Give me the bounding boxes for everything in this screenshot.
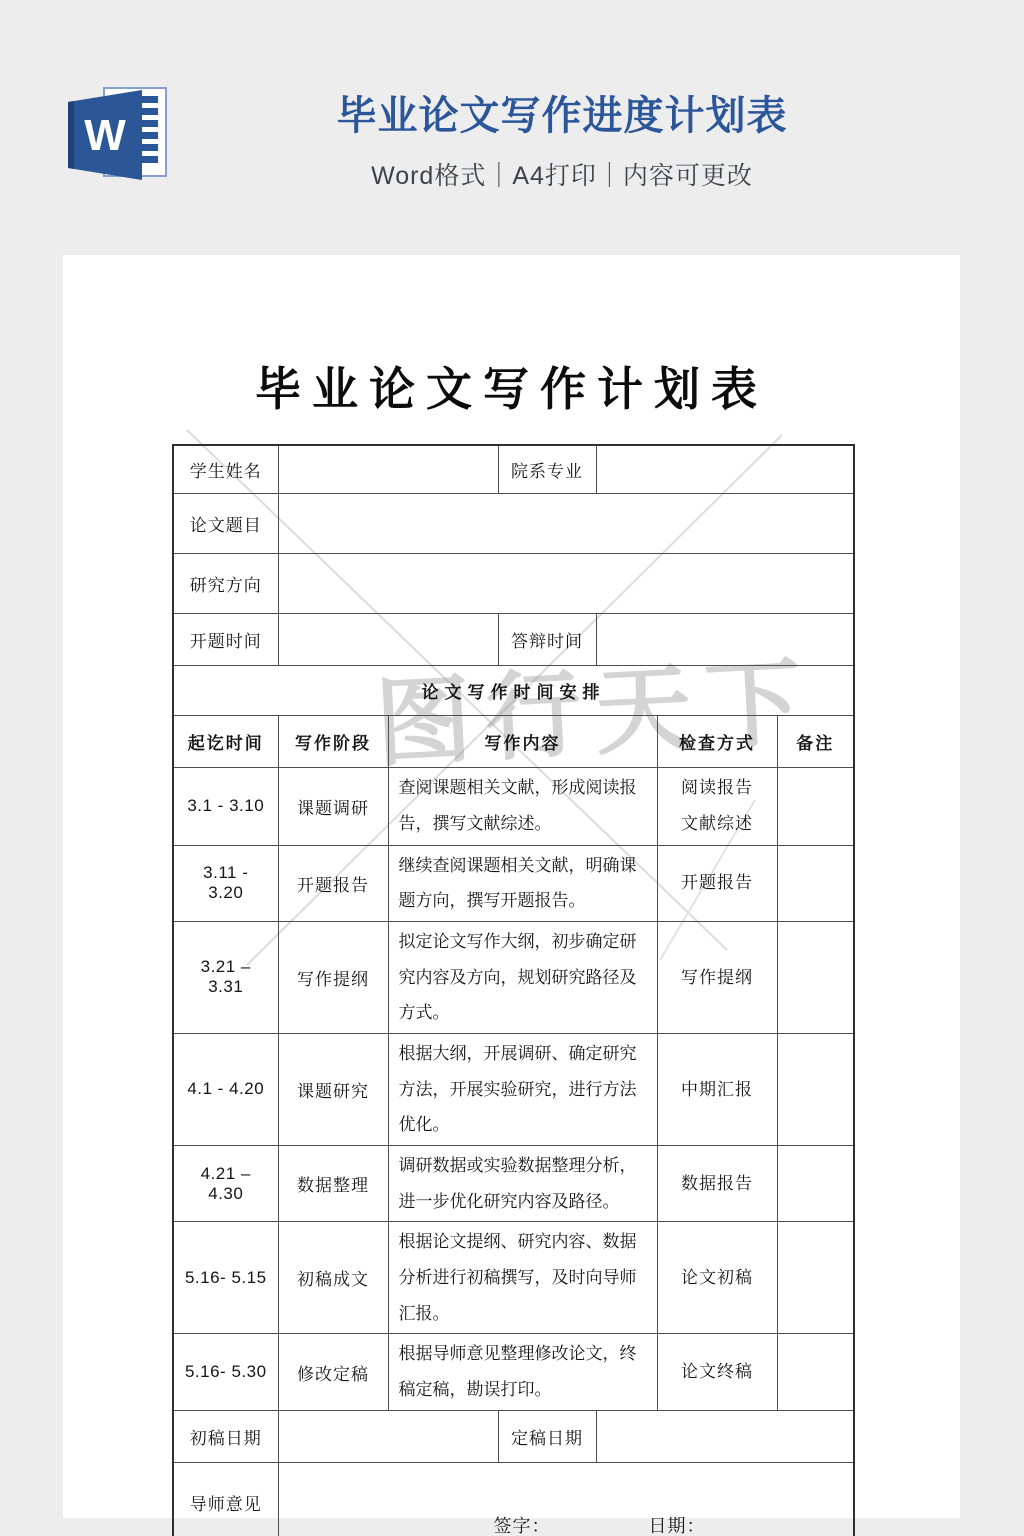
col-header-check: 检查方式	[657, 715, 777, 767]
research-direction-field[interactable]	[278, 553, 854, 613]
section-row: 论文写作时间安排	[173, 665, 854, 715]
schedule-row: 3.11 - 3.20 开题报告 继续查阅课题相关文献，明确课题方向，撰写开题报…	[173, 845, 854, 921]
advisor-opinion-label: 导师意见	[173, 1462, 278, 1536]
stage-cell: 写作提纲	[278, 921, 388, 1033]
info-row-student: 学生姓名 院系专业	[173, 445, 854, 493]
check-line: 文献综述	[668, 806, 767, 842]
advisor-row: 导师意见 签字： 日期：	[173, 1462, 854, 1536]
time-cell: 4.21 – 4.30	[173, 1146, 278, 1222]
template-header: W 毕业论文写作进度计划表 Word格式｜A4打印｜内容可更改	[0, 0, 1024, 255]
document-page: 图行天下 毕业论文写作计划表 学生姓名 院系专业 论文题目 研究方向 开题时间	[63, 255, 960, 1518]
draft-date-label: 初稿日期	[173, 1410, 278, 1462]
final-date-label: 定稿日期	[498, 1410, 596, 1462]
time-cell: 5.16- 5.30	[173, 1334, 278, 1410]
time-cell: 3.21 – 3.31	[173, 921, 278, 1033]
info-row-dates: 开题时间 答辩时间	[173, 613, 854, 665]
stage-cell: 课题调研	[278, 767, 388, 845]
schedule-row: 3.21 – 3.31 写作提纲 拟定论文写作大纲，初步确定研究内容及方向，规划…	[173, 921, 854, 1033]
note-cell[interactable]	[777, 1146, 854, 1222]
note-cell[interactable]	[777, 921, 854, 1033]
thesis-title-field[interactable]	[278, 493, 854, 553]
content-cell: 拟定论文写作大纲，初步确定研究内容及方向，规划研究路径及方式。	[388, 921, 657, 1033]
time-cell: 3.1 - 3.10	[173, 767, 278, 845]
content-cell: 根据大纲，开展调研、确定研究方法，开展实验研究，进行方法优化。	[388, 1033, 657, 1145]
stage-cell: 修改定稿	[278, 1334, 388, 1410]
page-subtitle: Word格式｜A4打印｜内容可更改	[100, 156, 1024, 192]
col-header-time: 起讫时间	[173, 715, 278, 767]
draft-date-field[interactable]	[278, 1410, 498, 1462]
stage-cell: 开题报告	[278, 845, 388, 921]
schedule-row: 4.21 – 4.30 数据整理 调研数据或实验数据整理分析，进一步优化研究内容…	[173, 1146, 854, 1222]
section-title: 论文写作时间安排	[173, 665, 854, 715]
check-cell: 论文初稿	[657, 1222, 777, 1334]
content-cell: 继续查阅课题相关文献，明确课题方向，撰写开题报告。	[388, 845, 657, 921]
schedule-row: 5.16- 5.15 初稿成文 根据论文提纲、研究内容、数据分析进行初稿撰写，及…	[173, 1222, 854, 1334]
plan-table: 学生姓名 院系专业 论文题目 研究方向 开题时间 答辩时间 论文写作时间安排	[172, 444, 855, 1536]
final-date-field[interactable]	[596, 1410, 854, 1462]
thesis-title-label: 论文题目	[173, 493, 278, 553]
stage-cell: 课题研究	[278, 1033, 388, 1145]
proposal-time-field[interactable]	[278, 613, 498, 665]
note-cell[interactable]	[777, 1334, 854, 1410]
sign-date-label: 日期：	[649, 1512, 706, 1536]
time-cell: 4.1 - 4.20	[173, 1033, 278, 1145]
content-cell: 根据论文提纲、研究内容、数据分析进行初稿撰写，及时向导师汇报。	[388, 1222, 657, 1334]
advisor-opinion-field[interactable]: 签字： 日期：	[278, 1462, 854, 1536]
schedule-row: 3.1 - 3.10 课题调研 查阅课题相关文献，形成阅读报告，撰写文献综述。 …	[173, 767, 854, 845]
col-header-content: 写作内容	[388, 715, 657, 767]
check-cell: 数据报告	[657, 1146, 777, 1222]
check-cell: 开题报告	[657, 845, 777, 921]
stage-cell: 数据整理	[278, 1146, 388, 1222]
student-name-field[interactable]	[278, 445, 498, 493]
check-line: 阅读报告	[668, 770, 767, 806]
check-cell: 阅读报告 文献综述	[657, 767, 777, 845]
info-row-topic: 论文题目	[173, 493, 854, 553]
department-label: 院系专业	[498, 445, 596, 493]
note-cell[interactable]	[777, 767, 854, 845]
column-header-row: 起讫时间 写作阶段 写作内容 检查方式 备注	[173, 715, 854, 767]
content-cell: 调研数据或实验数据整理分析，进一步优化研究内容及路径。	[388, 1146, 657, 1222]
info-row-direction: 研究方向	[173, 553, 854, 613]
check-cell: 论文终稿	[657, 1334, 777, 1410]
note-cell[interactable]	[777, 1033, 854, 1145]
note-cell[interactable]	[777, 1222, 854, 1334]
proposal-time-label: 开题时间	[173, 613, 278, 665]
content-cell: 查阅课题相关文献，形成阅读报告，撰写文献综述。	[388, 767, 657, 845]
time-cell: 5.16- 5.15	[173, 1222, 278, 1334]
department-field[interactable]	[596, 445, 854, 493]
defense-time-label: 答辩时间	[498, 613, 596, 665]
defense-time-field[interactable]	[596, 613, 854, 665]
student-name-label: 学生姓名	[173, 445, 278, 493]
stage-cell: 初稿成文	[278, 1222, 388, 1334]
content-cell: 根据导师意见整理修改论文，终稿定稿，勘误打印。	[388, 1334, 657, 1410]
doc-title: 毕业论文写作计划表	[63, 353, 960, 419]
schedule-row: 5.16- 5.30 修改定稿 根据导师意见整理修改论文，终稿定稿，勘误打印。 …	[173, 1334, 854, 1410]
schedule-row: 4.1 - 4.20 课题研究 根据大纲，开展调研、确定研究方法，开展实验研究，…	[173, 1033, 854, 1145]
col-header-note: 备注	[777, 715, 854, 767]
col-header-stage: 写作阶段	[278, 715, 388, 767]
research-direction-label: 研究方向	[173, 553, 278, 613]
check-cell: 写作提纲	[657, 921, 777, 1033]
note-cell[interactable]	[777, 845, 854, 921]
info-row-draft-dates: 初稿日期 定稿日期	[173, 1410, 854, 1462]
page-title: 毕业论文写作进度计划表	[100, 92, 1024, 140]
signature-label: 签字：	[494, 1512, 551, 1536]
check-cell: 中期汇报	[657, 1033, 777, 1145]
time-cell: 3.11 - 3.20	[173, 845, 278, 921]
